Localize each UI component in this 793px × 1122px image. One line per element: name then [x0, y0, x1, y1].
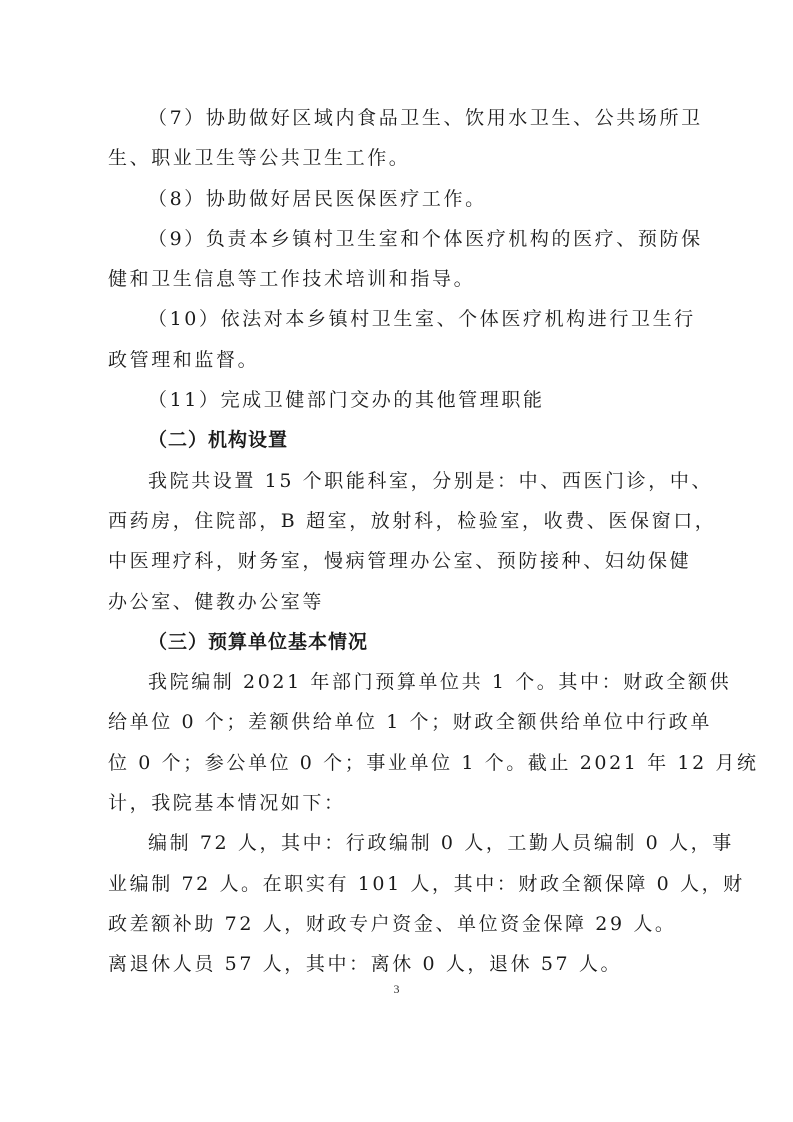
paragraph-item-10: （10）依法对本乡镇村卫生室、个体医疗机构进行卫生行 [108, 305, 698, 345]
paragraph-staffing-cont-2: 政差额补助 72 人，财政专户资金、单位资金保障 29 人。 [108, 910, 698, 950]
paragraph-item-10-cont: 政管理和监督。 [108, 346, 698, 386]
paragraph-budget: 我院编制 2021 年部门预算单位共 1 个。其中：财政全额供 [108, 668, 698, 708]
section-heading-organization: （二）机构设置 [108, 426, 698, 466]
document-body: （7）协助做好区域内食品卫生、饮用水卫生、公共场所卫 生、职业卫生等公共卫生工作… [108, 104, 698, 991]
paragraph-item-7-cont: 生、职业卫生等公共卫生工作。 [108, 144, 698, 184]
page-number: 3 [0, 982, 793, 997]
section-heading-budget-units: （三）预算单位基本情况 [108, 628, 698, 668]
paragraph-budget-cont-3: 计，我院基本情况如下： [108, 789, 698, 829]
paragraph-item-11: （11）完成卫健部门交办的其他管理职能 [108, 386, 698, 426]
paragraph-item-9: （9）负责本乡镇村卫生室和个体医疗机构的医疗、预防保 [108, 225, 698, 265]
paragraph-item-7: （7）协助做好区域内食品卫生、饮用水卫生、公共场所卫 [108, 104, 698, 144]
paragraph-staffing-cont-1: 业编制 72 人。在职实有 101 人，其中：财政全额保障 0 人，财 [108, 870, 698, 910]
paragraph-departments-cont-3: 办公室、健教办公室等 [108, 588, 698, 628]
paragraph-departments: 我院共设置 15 个职能科室，分别是：中、西医门诊，中、 [108, 467, 698, 507]
paragraph-departments-cont-2: 中医理疗科，财务室，慢病管理办公室、预防接种、妇幼保健 [108, 547, 698, 587]
paragraph-budget-cont-2: 位 0 个；参公单位 0 个；事业单位 1 个。截止 2021 年 12 月统 [108, 749, 698, 789]
paragraph-staffing: 编制 72 人，其中：行政编制 0 人，工勤人员编制 0 人，事 [108, 829, 698, 869]
paragraph-departments-cont-1: 西药房，住院部，B 超室，放射科，检验室，收费、医保窗口， [108, 507, 698, 547]
document-page: （7）协助做好区域内食品卫生、饮用水卫生、公共场所卫 生、职业卫生等公共卫生工作… [0, 0, 793, 1122]
paragraph-item-8: （8）协助做好居民医保医疗工作。 [108, 185, 698, 225]
paragraph-budget-cont-1: 给单位 0 个；差额供给单位 1 个；财政全额供给单位中行政单 [108, 708, 698, 748]
paragraph-item-9-cont: 健和卫生信息等工作技术培训和指导。 [108, 265, 698, 305]
